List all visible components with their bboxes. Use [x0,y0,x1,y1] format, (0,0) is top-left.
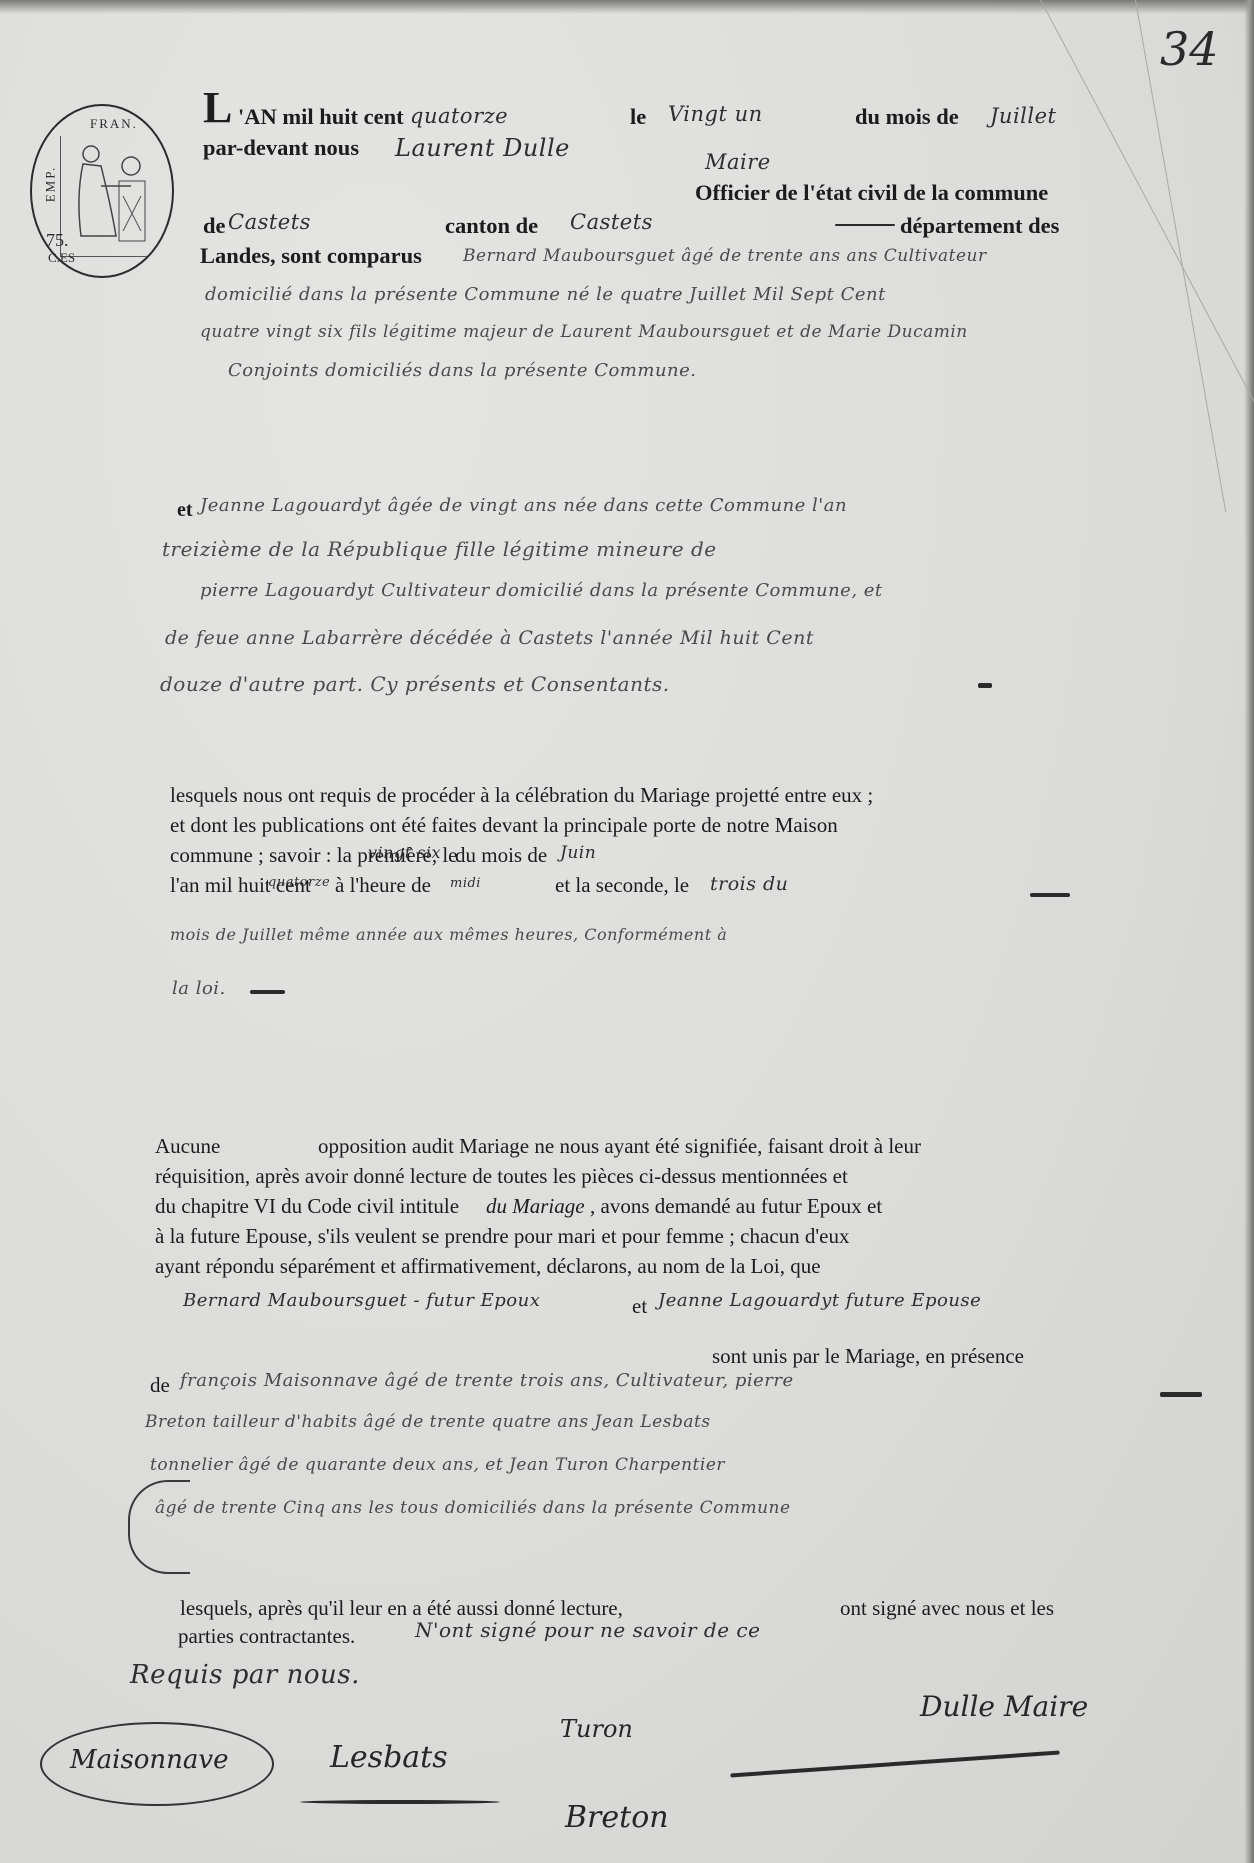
document-page: 34 FRAN. EMP. 75. C.ES L 'AN mil huit ce… [0,0,1254,1863]
handwritten-bride-line: treizième de la République fille légitim… [162,537,717,561]
printed-text: parties contractantes. [178,1626,355,1647]
printed-text: à la future Epouse, s'ils veulent se pre… [155,1226,850,1247]
signature-turon: Turon [560,1715,633,1743]
handwritten-witness-line: âgé de trente Cinq ans les tous domicili… [155,1498,791,1518]
handwritten-groom-line: Conjoints domiciliés dans la présente Co… [228,360,697,381]
signature-maisonnave: Maisonnave [70,1745,229,1775]
printed-text: 'AN mil huit cent [238,106,404,129]
printed-text: ayant répondu séparément et affirmativem… [155,1256,821,1277]
printed-text: sont unis par le Mariage, en présence [712,1346,1024,1367]
handwritten-year: quatorze [268,875,330,890]
printed-italic-text: du Mariage [486,1196,585,1217]
printed-text: de [203,215,226,238]
handwritten-witness-line: Breton tailleur d'habits âgé de trente q… [145,1412,711,1432]
handwritten-text: Requis par nous. [130,1660,360,1690]
printed-text: et [177,500,193,520]
fill-dash [250,990,285,994]
printed-text: et [632,1296,647,1317]
handwritten-month: Juillet [990,104,1056,128]
stamp-value: 75. [46,230,69,251]
printed-text: par-devant nous [203,137,359,160]
page-number: 34 [1160,22,1219,76]
handwritten-groom-line: domicilié dans la présente Commune né le… [205,284,886,305]
handwritten-bride-line: pierre Lagouardyt Cultivateur domicilié … [200,580,883,601]
handwritten-bride-line: de feue anne Labarrère décédée à Castets… [165,627,814,649]
fill-dash [1030,893,1070,897]
stamp-unit: C.ES [48,250,75,266]
signature-lesbats: Lesbats [330,1740,448,1775]
handwritten-canton: Castets [570,210,653,234]
fill-dash [835,224,895,226]
printed-text: lesquels nous ont requis de procéder à l… [170,785,873,806]
printed-text: du mois de [855,106,959,129]
handwritten-witness-line: tonnelier âgé de quarante deux ans, et J… [150,1455,725,1475]
stamp-side-text: EMP. [42,166,58,203]
handwritten-hour: midi [450,876,481,891]
printed-text: à l'heure de [335,875,431,896]
seated-figure-icon [60,136,147,257]
printed-text: opposition audit Mariage ne nous ayant é… [318,1136,921,1157]
handwritten-bride-name: Jeanne Lagouardyt future Epouse [658,1290,981,1311]
printed-text: le [630,106,646,129]
handwritten-commune: Castets [228,210,311,234]
printed-text: Officier de l'état civil de la commune [695,182,1048,205]
handwritten-officer-title: Maire [705,150,771,174]
signature-breton: Breton [565,1800,669,1835]
fill-dash [1160,1392,1202,1397]
handwritten-bracket [128,1480,190,1574]
printed-text: de [150,1375,170,1396]
printed-text: canton de [445,215,538,238]
printed-text: Aucune [155,1136,220,1157]
handwritten-year: quatorze [410,104,508,128]
printed-text: lesquels, après qu'il leur en a été auss… [180,1598,623,1619]
handwritten-witness-line: françois Maisonnave âgé de trente trois … [180,1370,794,1391]
printed-text: Landes, sont comparus [200,245,422,268]
printed-text: et la seconde, le [555,875,689,896]
paper-fold-line [1040,0,1254,494]
printed-text: , avons demandé au futur Epoux et [590,1196,882,1217]
drop-cap: L [203,86,232,130]
signature-underline [300,1800,500,1804]
stamp-top-text: FRAN. [90,116,138,132]
handwritten-text: N'ont signé pour ne savoir de ce [415,1618,760,1642]
printed-text: du chapitre VI du Code civil intitule [155,1196,459,1217]
handwritten-day: vingt six [368,843,441,862]
printed-text: réquisition, après avoir donné lecture d… [155,1166,848,1187]
handwritten-text: mois de Juillet même année aux mêmes heu… [170,925,727,944]
handwritten-groom-line: Bernard Mauboursguet âgé de trente ans a… [463,246,987,266]
printed-text: et dont les publications ont été faites … [170,815,838,836]
printed-text: ont signé avec nous et les [840,1598,1054,1619]
page-top-shadow [0,0,1254,14]
handwritten-bride-line: douze d'autre part. Cy présents et Conse… [160,672,670,696]
signature-underline [730,1750,1059,1777]
handwritten-text: la loi. [172,978,226,999]
handwritten-groom-name: Bernard Mauboursguet - futur Epoux [183,1290,540,1311]
handwritten-officer-name: Laurent Dulle [395,134,570,162]
printed-text: département des [900,215,1059,238]
handwritten-day: Vingt un [668,102,763,126]
handwritten-date: trois du [710,873,788,895]
handwritten-groom-line: quatre vingt six fils légitime majeur de… [200,322,968,342]
signature-mayor: Dulle Maire [920,1690,1088,1723]
ink-mark [978,683,992,688]
handwritten-month: Juin [560,843,596,863]
tax-stamp: FRAN. EMP. 75. C.ES [30,104,174,278]
printed-text: du mois de [455,845,547,866]
paper-fold-line [1135,0,1226,512]
handwritten-bride-line: Jeanne Lagouardyt âgée de vingt ans née … [200,495,847,516]
page-right-edge [1244,0,1254,1863]
